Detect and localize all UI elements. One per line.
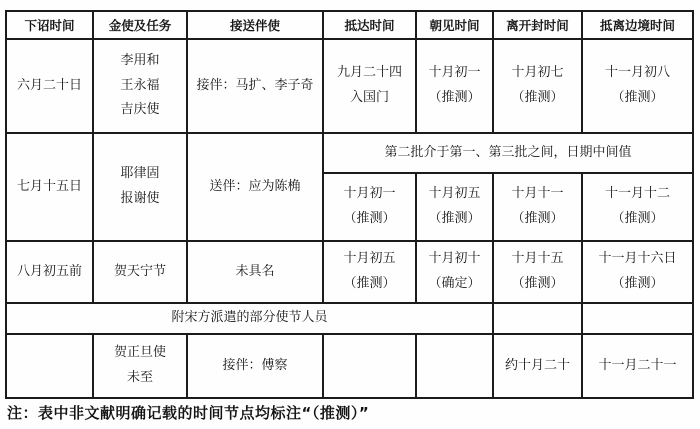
cell-r3-edict-date: 八月初五前	[6, 241, 93, 303]
cell-r3-jin-envoys: 贺天宁节	[93, 241, 187, 303]
header-border-time: 抵离边境时间	[582, 11, 693, 39]
cell-r3-arrival: 十月初五 （推测）	[323, 241, 416, 303]
cell-r2-depart: 十月十一 （推测）	[493, 173, 582, 241]
cell-r5-depart: 约十月二十	[493, 334, 582, 398]
cell-r4-border-empty	[582, 303, 693, 334]
table-row: 六月二十日 李用和 王永福 吉庆使 接伴：马扩、李子奇 九月二十四 入国门 十月…	[6, 39, 693, 133]
cell-r1-edict-date: 六月二十日	[6, 39, 93, 133]
table-row: 贺正旦使 未至 接伴：傅察 约十月二十 十一月二十一	[6, 334, 693, 398]
cell-r3-audience: 十月初十 （确定）	[416, 241, 493, 303]
cell-r5-border: 十一月二十一	[582, 334, 693, 398]
envoy-schedule-table: 下诏时间 金使及任务 接送伴使 抵达时间 朝见时间 离开封时间 抵离边境时间 六…	[5, 10, 694, 399]
cell-r5-jin-envoys: 贺正旦使 未至	[93, 334, 187, 398]
cell-r2-edict-date: 七月十五日	[6, 133, 93, 241]
table-row: 七月十五日 耶律固 报谢使 送伴：应为陈桷 第二批介于第一、第三批之间，日期中间…	[6, 133, 693, 173]
header-edict-date: 下诏时间	[6, 11, 93, 39]
header-audience-time: 朝见时间	[416, 11, 493, 39]
cell-r3-depart: 十月十五 （推测）	[493, 241, 582, 303]
cell-r5-escort: 接伴：傅察	[187, 334, 323, 398]
cell-r1-audience: 十月初一 （推测）	[416, 39, 493, 133]
cell-r3-escort: 未具名	[187, 241, 323, 303]
cell-r5-edict-empty	[6, 334, 93, 398]
header-row: 下诏时间 金使及任务 接送伴使 抵达时间 朝见时间 离开封时间 抵离边境时间	[6, 11, 693, 39]
cell-r1-depart: 十月初七 （推测）	[493, 39, 582, 133]
header-escort-envoys: 接送伴使	[187, 11, 323, 39]
header-jin-envoys: 金使及任务	[93, 11, 187, 39]
cell-r4-depart-empty	[493, 303, 582, 334]
cell-r1-escort: 接伴：马扩、李子奇	[187, 39, 323, 133]
document-page: 下诏时间 金使及任务 接送伴使 抵达时间 朝见时间 离开封时间 抵离边境时间 六…	[0, 0, 700, 429]
cell-r1-arrival: 九月二十四 入国门	[323, 39, 416, 133]
table-row: 八月初五前 贺天宁节 未具名 十月初五 （推测） 十月初十 （确定） 十月十五 …	[6, 241, 693, 303]
table-row: 附宋方派遣的部分使节人员	[6, 303, 693, 334]
cell-r3-border: 十一月十六日 （推测）	[582, 241, 693, 303]
header-depart-kaifeng-time: 离开封时间	[493, 11, 582, 39]
cell-r2-jin-envoys: 耶律固 报谢使	[93, 133, 187, 241]
cell-r2-escort: 送伴：应为陈桷	[187, 133, 323, 241]
cell-r5-audience-empty	[416, 334, 493, 398]
cell-r1-jin-envoys: 李用和 王永福 吉庆使	[93, 39, 187, 133]
cell-r1-border: 十一月初八 （推测）	[582, 39, 693, 133]
cell-r2-audience: 十月初五 （推测）	[416, 173, 493, 241]
cell-r4-section-title: 附宋方派遣的部分使节人员	[6, 303, 493, 334]
cell-r2-span-note: 第二批介于第一、第三批之间，日期中间值	[323, 133, 693, 173]
cell-r5-arrival-empty	[323, 334, 416, 398]
header-arrival-time: 抵达时间	[323, 11, 416, 39]
table-footnote: 注：表中非文献明确记载的时间节点均标注“（推测）”	[7, 402, 369, 423]
cell-r2-arrival: 十月初一 （推测）	[323, 173, 416, 241]
cell-r2-border: 十一月十二 （推测）	[582, 173, 693, 241]
